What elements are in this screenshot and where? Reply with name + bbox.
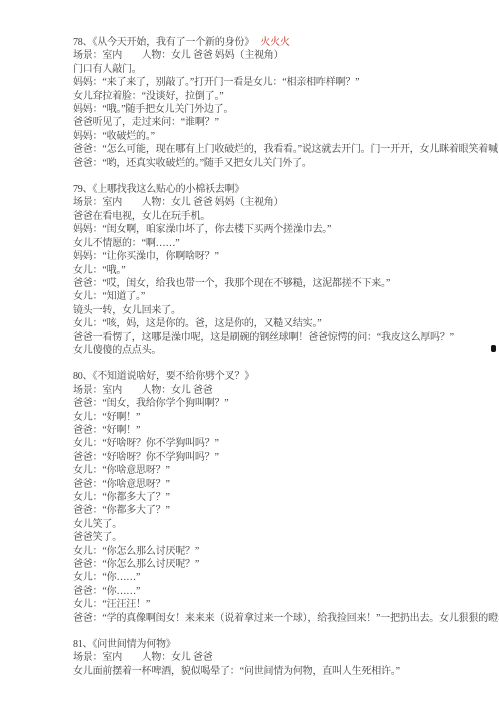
script-line: 爸爸：“学的真像啊闺女！来来来（说着拿过来一个球），给我捡回来！”一把扔出去。女… — [73, 612, 499, 625]
script-line: 场景：室内 人物：女儿 爸爸 妈妈（主视角） — [73, 196, 499, 209]
script-line: 女儿：“好啊！” — [73, 411, 499, 424]
script-text: 78、《从今天开始，我有了一个新的身份》 火火火 场景：室内 人物：女儿 爸爸 … — [73, 36, 499, 691]
script-section-81: 81、《问世间情为何物》 场景：室内 人物：女儿 爸爸 女儿面前摆着一杯啤酒，貌… — [73, 638, 499, 678]
script-line: 妈妈：“收破烂的。” — [73, 130, 499, 143]
section-title-text: 81、《问世间情为何物》 — [73, 639, 176, 650]
script-line: 爸爸：“你怎么那么讨厌呢？” — [73, 558, 499, 571]
script-line: 女儿：“汪汪汪！” — [73, 598, 499, 611]
script-line: 女儿面前摆着一杯啤酒，貌似喝晕了：“问世间情为何物，直叫人生死相许。” — [73, 665, 499, 678]
script-line: 妈妈：“来了来了，别敲了。”打开门一看是女儿：“相亲相咋样啊？” — [73, 76, 499, 89]
script-line: 女儿：“你啥意思呀？” — [73, 464, 499, 477]
section-title: 78、《从今天开始，我有了一个新的身份》 火火火 — [73, 36, 499, 49]
script-line: 爸爸：“你……” — [73, 585, 499, 598]
script-section-79: 79、《上哪找我这么贴心的小棉袄去啊》 场景：室内 人物：女儿 爸爸 妈妈（主视… — [73, 183, 499, 357]
script-line: 女儿笑了。 — [73, 518, 499, 531]
section-title: 81、《问世间情为何物》 — [73, 638, 499, 651]
script-line: 爸爸：“你啥意思呀？” — [73, 478, 499, 491]
section-title: 79、《上哪找我这么贴心的小棉袄去啊》 — [73, 183, 499, 196]
script-line: 妈妈：“哦。”随手把女儿关门外边了。 — [73, 103, 499, 116]
section-title: 80、《不知道说啥好，要不给你劈个叉？》 — [73, 370, 499, 383]
script-line: 爸爸一看愣了，这哪是澡巾呢，这是刷碗的钢丝球啊！爸爸惊愕的问：“我皮这么厚吗？” — [73, 331, 499, 344]
script-line: 镜头一转，女儿回来了。 — [73, 304, 499, 317]
section-title-text: 80、《不知道说啥好，要不给你劈个叉？》 — [73, 371, 254, 382]
script-line: 女儿：“你怎么那么讨厌呢？” — [73, 545, 499, 558]
script-line: 妈妈：“让你买澡巾，你啊啥呀？” — [73, 250, 499, 263]
section-title-highlight: 火火火 — [260, 37, 289, 48]
script-line: 爸爸：“闺女，我给你学个狗叫啊？” — [73, 397, 499, 410]
section-title-text: 79、《上哪找我这么贴心的小棉袄去啊》 — [73, 184, 244, 195]
script-line: 爸爸：“好啊！” — [73, 424, 499, 437]
script-line: 爸爸听见了，走过来问：“谁啊？” — [73, 116, 499, 129]
script-line: 场景：室内 人物：女儿 爸爸 — [73, 651, 499, 664]
script-line: 女儿：“咳，妈，这是你的。爸，这是你的，又糙又结实。” — [73, 317, 499, 330]
script-line: 爸爸：“你都多大了？” — [73, 504, 499, 517]
script-line: 门口有人敲门。 — [73, 63, 499, 76]
script-section-80: 80、《不知道说啥好，要不给你劈个叉？》 场景：室内 人物：女儿 爸爸 爸爸：“… — [73, 370, 499, 625]
script-line: 爸爸：“好啥呀？你不学狗叫吗？” — [73, 451, 499, 464]
script-line: 女儿：“知道了。” — [73, 290, 499, 303]
script-line: 女儿：“你都多大了？” — [73, 491, 499, 504]
ink-dot-artifact — [491, 345, 496, 352]
script-line: 爸爸：“哎，闺女，给我也带一个，我那个现在不够糙，这泥都搓不下来。” — [73, 277, 499, 290]
script-line: 场景：室内 人物：女儿 爸爸 妈妈（主视角） — [73, 49, 499, 62]
section-title-text: 78、《从今天开始，我有了一个新的身份》 — [73, 37, 254, 48]
script-section-78: 78、《从今天开始，我有了一个新的身份》 火火火 场景：室内 人物：女儿 爸爸 … — [73, 36, 499, 170]
script-line: 女儿傻傻的点点头。 — [73, 344, 499, 357]
script-line: 女儿：“哦。” — [73, 264, 499, 277]
script-line: 爸爸笑了。 — [73, 531, 499, 544]
script-line: 场景：室内 人物：女儿 爸爸 — [73, 384, 499, 397]
script-line: 妈妈：“闺女啊，咱家澡巾坏了，你去楼下买两个搓澡巾去。” — [73, 223, 499, 236]
script-line: 女儿耷拉着脸：“没谈好，拉倒了。” — [73, 90, 499, 103]
script-line: 爸爸在看电视，女儿在玩手机。 — [73, 210, 499, 223]
script-line: 爸爸：“怎么可能，现在哪有上门收破烂的，我看看。”说这就去开门。门一开开，女儿眯… — [73, 143, 499, 156]
script-line: 女儿：“好啥呀？你不学狗叫吗？” — [73, 437, 499, 450]
script-line: 爸爸：“哟，还真实收破烂的。”随手又把女儿关门外了。 — [73, 157, 499, 170]
script-line: 女儿不情愿的：“啊……” — [73, 237, 499, 250]
document-page: 78、《从今天开始，我有了一个新的身份》 火火火 场景：室内 人物：女儿 爸爸 … — [0, 0, 499, 706]
script-line: 女儿：“你……” — [73, 571, 499, 584]
